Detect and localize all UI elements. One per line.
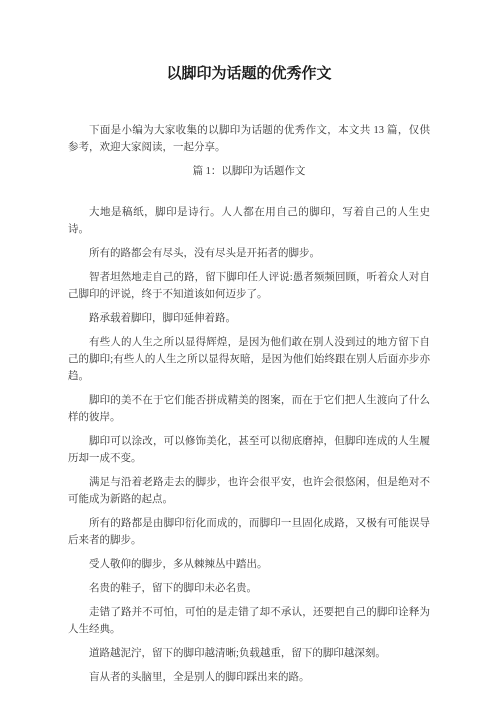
essay-paragraph: 所有的路都是由脚印衍化而成的，而脚印一旦固化成路，又极有可能误导后来者的脚步。 [68, 515, 430, 549]
essay-paragraph: 盲从者的头脑里，全是别人的脚印踩出来的路。 [68, 669, 430, 686]
essay-paragraph: 名贵的鞋子，留下的脚印未必名贵。 [68, 580, 430, 597]
essay-paragraph: 脚印的美不在于它们能否拼成精美的图案，而在于它们把人生渡向了什么样的彼岸。 [68, 392, 430, 426]
essay-paragraph: 脚印可以涂改，可以修饰美化，甚至可以彻底磨掉，但脚印连成的人生履历却一成不变。 [68, 433, 430, 467]
essay-paragraph: 智者坦然地走自己的路，留下脚印任人评说:愚者频频回顾，听着众人对自己脚印的评说，… [68, 269, 430, 303]
essay-paragraph: 走错了路并不可怕，可怕的是走错了却不承认，还要把自己的脚印诠释为人生经典。 [68, 604, 430, 638]
intro-paragraph: 下面是小编为大家收集的以脚印为话题的优秀作文，本文共 13 篇，仅供参考，欢迎大… [68, 122, 430, 156]
document-title: 以脚印为话题的优秀作文 [68, 63, 430, 84]
essay-paragraph: 有些人的人生之所以显得辉煌，是因为他们敢在别人没到过的地方留下自己的脚印;有些人… [68, 334, 430, 385]
essay-paragraph: 道路越泥泞，留下的脚印越清晰;负载越重，留下的脚印越深刻。 [68, 645, 430, 662]
essay-paragraph: 大地是稿纸，脚印是诗行。人人都在用自己的脚印，写着自己的人生史诗。 [68, 204, 430, 238]
essay-paragraph: 路承载着脚印，脚印延伸着路。 [68, 310, 430, 327]
document-page: 以脚印为话题的优秀作文 下面是小编为大家收集的以脚印为话题的优秀作文，本文共 1… [0, 0, 500, 708]
section-heading: 篇 1：以脚印为话题作文 [68, 163, 430, 180]
essay-body: 大地是稿纸，脚印是诗行。人人都在用自己的脚印，写着自己的人生史诗。所有的路都会有… [68, 204, 430, 686]
essay-paragraph: 满足与沿着老路走去的脚步，也许会很平安，也许会很悠闲，但是绝对不可能成为新路的起… [68, 474, 430, 508]
essay-paragraph: 受人敬仰的脚步，多从棘辣丛中踏出。 [68, 556, 430, 573]
essay-paragraph: 所有的路都会有尽头，没有尽头是开拓者的脚步。 [68, 245, 430, 262]
